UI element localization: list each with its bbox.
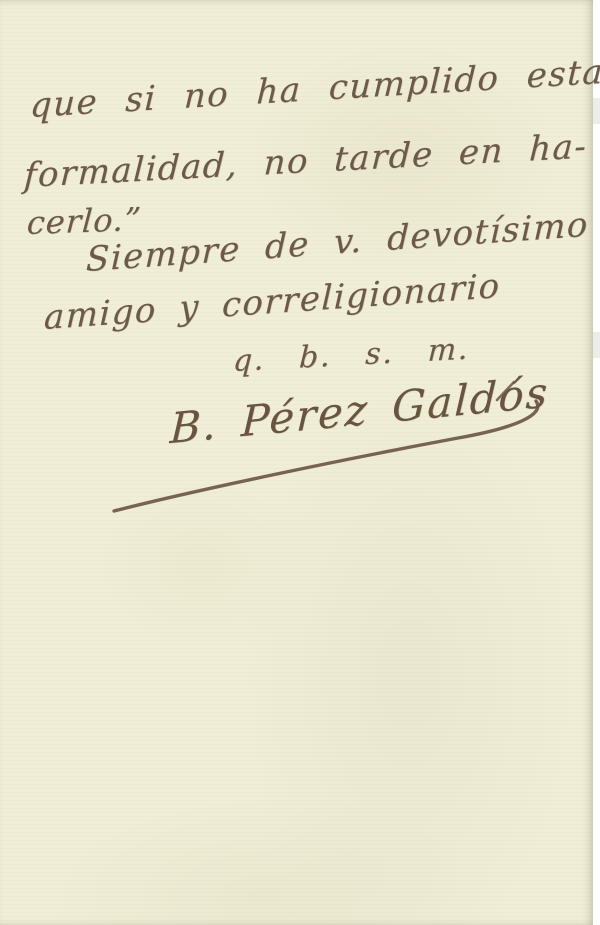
scanned-letter-page: que si no ha cumplido esta formalidad, n… — [0, 0, 600, 925]
handwritten-body-line-3: cerlo.” — [26, 200, 143, 242]
paper-edge-notch — [593, 332, 600, 358]
scanner-edge-strip — [593, 0, 600, 925]
paper-edge-notch — [593, 98, 600, 124]
